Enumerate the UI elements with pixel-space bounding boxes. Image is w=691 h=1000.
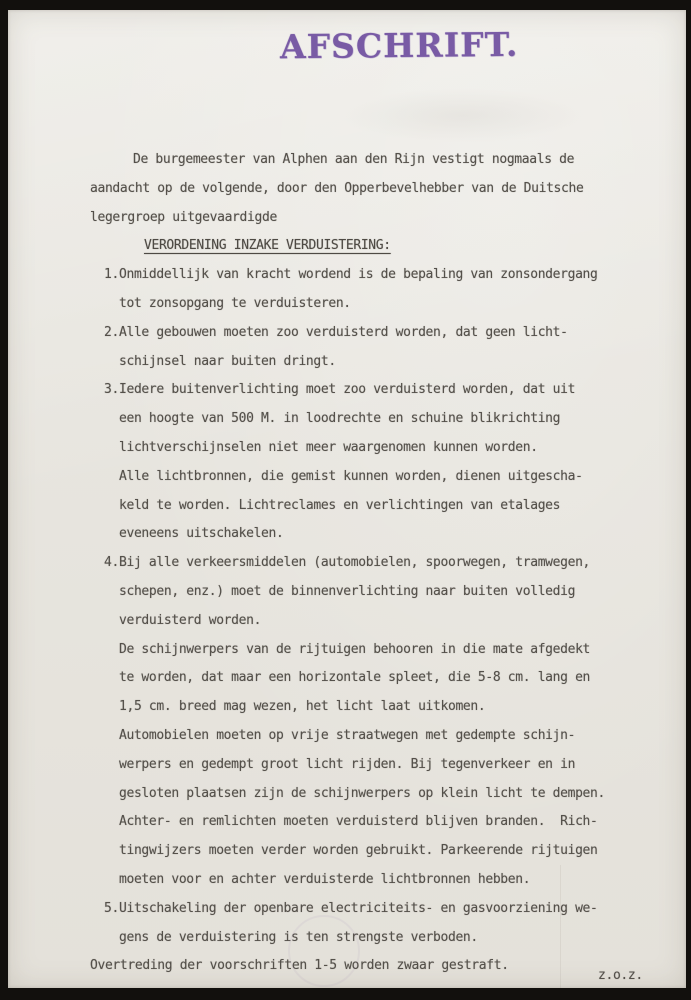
list-item-line: Automobielen moeten op vrije straatwegen… bbox=[8, 722, 686, 751]
list-item-text: keld te worden. Lichtreclames en verlich… bbox=[8, 492, 686, 521]
list-item-text: schepen, enz.) moet de binnenverlichting… bbox=[8, 578, 686, 607]
list-item-text: eveneens uitschakelen. bbox=[8, 520, 686, 549]
list-item-text: 1,5 cm. breed mag wezen, het licht laat … bbox=[8, 693, 686, 722]
list-item-text: Achter- en remlichten moeten verduisterd… bbox=[8, 808, 686, 837]
list-item-line: te worden, dat maar een horizontale sple… bbox=[8, 664, 686, 693]
list-item-line: schepen, enz.) moet de binnenverlichting… bbox=[8, 578, 686, 607]
list-item-text: te worden, dat maar een horizontale sple… bbox=[8, 664, 686, 693]
list-item-text: een hoogte van 500 M. in loodrechte en s… bbox=[8, 405, 686, 434]
turn-over-note: z.o.z. bbox=[598, 968, 643, 983]
document-paper: AFSCHRIFT. De burgemeester van Alphen aa… bbox=[8, 10, 686, 988]
list-item-text: werpers en gedempt groot licht rijden. B… bbox=[8, 751, 686, 780]
list-item-line: Achter- en remlichten moeten verduisterd… bbox=[8, 808, 686, 837]
list-item-number: 5. bbox=[104, 895, 119, 924]
document-body: De burgemeester van Alphen aan den Rijn … bbox=[8, 146, 686, 981]
list-item-line: 4.Bij alle verkeersmiddelen (automobiele… bbox=[8, 549, 686, 578]
intro-line: De burgemeester van Alphen aan den Rijn … bbox=[8, 146, 686, 175]
list-item-line: 3.Iedere buitenverlichting moet zoo verd… bbox=[8, 376, 686, 405]
intro-line-text: De burgemeester van Alphen aan den Rijn … bbox=[8, 146, 686, 175]
list-item-line: 1.Onmiddellijk van kracht wordend is de … bbox=[8, 261, 686, 290]
ink-bleed-smudge bbox=[338, 88, 588, 143]
paper-crease bbox=[560, 865, 561, 988]
list-item-line: moeten voor en achter verduisterde licht… bbox=[8, 866, 686, 895]
list-item-line: verduisterd worden. bbox=[8, 607, 686, 636]
list-item-line: 5.Uitschakeling der openbare electricite… bbox=[8, 895, 686, 924]
copy-stamp-title: AFSCHRIFT. bbox=[280, 25, 519, 66]
list-item-number: 3. bbox=[104, 376, 119, 405]
list-item-line: werpers en gedempt groot licht rijden. B… bbox=[8, 751, 686, 780]
list-item-line: De schijnwerpers van de rijtuigen behoor… bbox=[8, 636, 686, 665]
regulation-heading: VERORDENING INZAKE VERDUISTERING: bbox=[8, 232, 686, 261]
list-item-number: 2. bbox=[104, 319, 119, 348]
intro-line-text: aandacht op de volgende, door den Opperb… bbox=[8, 175, 686, 204]
list-item-text: De schijnwerpers van de rijtuigen behoor… bbox=[8, 636, 686, 665]
list-item-line: tingwijzers moeten verder worden gebruik… bbox=[8, 837, 686, 866]
intro-line-text: legergroep uitgevaardigde bbox=[8, 204, 686, 233]
list-item-text: gesloten plaatsen zijn de schijnwerpers … bbox=[8, 780, 686, 809]
list-item-number: 1. bbox=[104, 261, 119, 290]
list-item-line: 1,5 cm. breed mag wezen, het licht laat … bbox=[8, 693, 686, 722]
list-item-line: lichtverschijnselen niet meer waargenome… bbox=[8, 434, 686, 463]
intro-line: aandacht op de volgende, door den Opperb… bbox=[8, 175, 686, 204]
faint-round-stamp-mark bbox=[288, 915, 360, 987]
list-item-text: Automobielen moeten op vrije straatwegen… bbox=[8, 722, 686, 751]
list-item-line: 2.Alle gebouwen moeten zoo verduisterd w… bbox=[8, 319, 686, 348]
list-item-number: 4. bbox=[104, 549, 119, 578]
list-item-text: verduisterd worden. bbox=[8, 607, 686, 636]
list-item-line: schijnsel naar buiten dringt. bbox=[8, 348, 686, 377]
list-item-line: een hoogte van 500 M. in loodrechte en s… bbox=[8, 405, 686, 434]
list-item-text: tot zonsopgang te verduisteren. bbox=[8, 290, 686, 319]
list-item-text: Alle lichtbronnen, die gemist kunnen wor… bbox=[8, 463, 686, 492]
list-item-line: eveneens uitschakelen. bbox=[8, 520, 686, 549]
list-item-text: schijnsel naar buiten dringt. bbox=[8, 348, 686, 377]
intro-line: legergroep uitgevaardigde bbox=[8, 204, 686, 233]
list-item-text: lichtverschijnselen niet meer waargenome… bbox=[8, 434, 686, 463]
list-item-line: keld te worden. Lichtreclames en verlich… bbox=[8, 492, 686, 521]
list-item-line: Alle lichtbronnen, die gemist kunnen wor… bbox=[8, 463, 686, 492]
list-item-line: gesloten plaatsen zijn de schijnwerpers … bbox=[8, 780, 686, 809]
list-item-line: tot zonsopgang te verduisteren. bbox=[8, 290, 686, 319]
list-item-text: moeten voor en achter verduisterde licht… bbox=[8, 866, 686, 895]
regulation-heading-text: VERORDENING INZAKE VERDUISTERING: bbox=[8, 232, 686, 261]
list-item-text: tingwijzers moeten verder worden gebruik… bbox=[8, 837, 686, 866]
